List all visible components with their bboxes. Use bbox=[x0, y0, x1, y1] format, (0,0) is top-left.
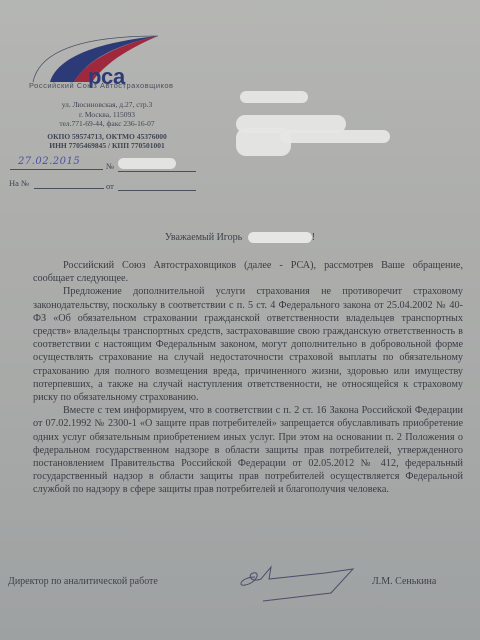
ref-number-underline bbox=[34, 188, 104, 189]
from-underline bbox=[118, 190, 196, 191]
number-label: № bbox=[106, 161, 114, 171]
signatory-title: Директор по аналитической работе bbox=[8, 576, 158, 587]
handwritten-date: 27.02.2015 bbox=[18, 156, 80, 167]
codes-line: ИНН 7705469845 / КПП 770501001 bbox=[32, 141, 182, 151]
letter-body: Российский Союз Автостраховщиков (далее … bbox=[33, 259, 463, 497]
org-name: Российский Союз Автостраховщиков bbox=[29, 81, 174, 90]
body-paragraph: Российский Союз Автостраховщиков (далее … bbox=[33, 259, 463, 285]
redacted-recipient-address-3 bbox=[280, 130, 390, 143]
redacted-number bbox=[118, 158, 176, 169]
address-line: тел.771-69-44, факс 236-16-07 bbox=[32, 119, 182, 129]
body-paragraph: Предложение дополнительной услуги страхо… bbox=[33, 285, 463, 404]
greeting-suffix: ! bbox=[312, 232, 315, 243]
codes-line: ОКПО 59574713, ОКТМО 45376000 bbox=[32, 132, 182, 142]
greeting: Уважаемый Игорь ! bbox=[0, 232, 480, 243]
from-label: от bbox=[106, 181, 114, 191]
handwritten-signature-icon bbox=[235, 563, 365, 605]
rsa-logo-icon: рса bbox=[30, 28, 180, 88]
ref-number-label: На № bbox=[9, 178, 29, 188]
redacted-recipient-top bbox=[240, 91, 308, 103]
date-underline bbox=[10, 169, 103, 170]
letter-page: рса Российский Союз Автостраховщиков ул.… bbox=[0, 0, 480, 640]
address-line: ул. Люсиновская, д.27, стр.3 bbox=[32, 100, 182, 110]
number-underline bbox=[118, 171, 196, 172]
greeting-prefix: Уважаемый Игорь bbox=[165, 232, 242, 243]
redacted-name bbox=[248, 232, 312, 243]
address-line: г. Москва, 115093 bbox=[32, 110, 182, 120]
signatory-name: Л.М. Сенькина bbox=[372, 576, 436, 587]
body-paragraph: Вместе с тем информируем, что в соответс… bbox=[33, 404, 463, 496]
org-address: ул. Люсиновская, д.27, стр.3 г. Москва, … bbox=[32, 100, 182, 151]
